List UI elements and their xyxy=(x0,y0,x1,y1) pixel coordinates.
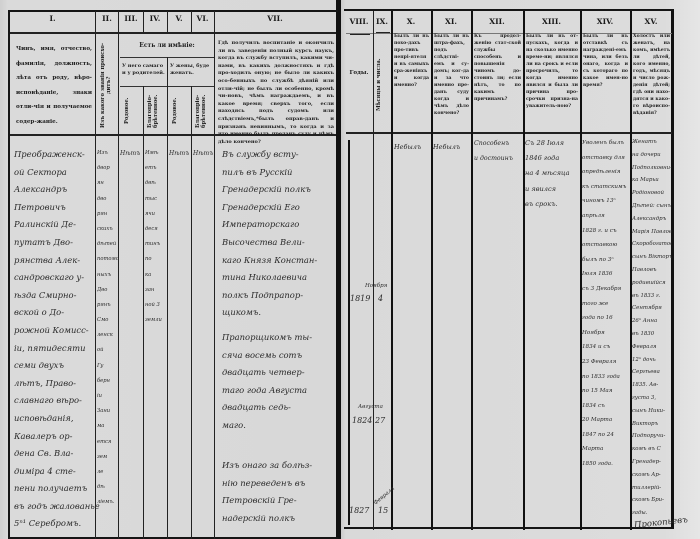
header-col7: Гдѣ получилъ воспитаніе и окончилъ ли въ… xyxy=(216,40,336,146)
header-col3: Родовое. xyxy=(124,92,138,130)
entry-col2-origin: Изъ двор ян дво рян скихъ дѣтей потомств… xyxy=(97,146,118,511)
header-col4: Благопріо-брѣтенное. xyxy=(147,92,163,130)
col-divider-8-9 xyxy=(373,11,374,530)
entry-col7-service-para-2: Прапорщикомъ ты- сяча восемь сотъ двадца… xyxy=(222,329,334,435)
header-col6: Благопріо-брѣтенное. xyxy=(195,92,211,130)
col-numeral-14: XIV. xyxy=(580,17,630,26)
entry-col12-fitness: Способенъ и достоинъ xyxy=(474,136,513,166)
header-bottom-divider-right xyxy=(346,132,672,134)
col-numeral-13: XIII. xyxy=(523,17,580,26)
date-1-year: 1819 xyxy=(350,294,370,303)
col-numeral-4: IV. xyxy=(143,14,167,23)
header-col8: Годы. xyxy=(345,70,373,78)
col-divider-5-6 xyxy=(191,86,192,539)
col-numeral-3: III. xyxy=(119,14,143,23)
entry-col7-service-para-3: Изъ онаго за болѣз- нію переведенъ въ Пе… xyxy=(222,457,334,527)
header-col2: Изъ какого званія происхо-дитъ? xyxy=(100,40,116,130)
header-estate-self: У него самаго и у родителей. xyxy=(120,63,167,77)
date-3-year: 1827 xyxy=(349,506,369,515)
date-2-year: 1824 xyxy=(352,416,372,425)
col-divider-4-5 xyxy=(167,57,168,539)
header-col1: Чинъ, имя, отчество, фамилія, должность,… xyxy=(14,42,94,129)
col-numeral-2: II. xyxy=(96,14,118,23)
col-divider-6-7 xyxy=(214,11,215,539)
numeral-row-divider xyxy=(10,32,336,34)
col-numeral-7: VII. xyxy=(214,14,336,23)
header-col15: Холостъ или женатъ, на комъ, имѣетъ ли д… xyxy=(631,33,672,117)
col-numeral-1: I. xyxy=(10,14,95,23)
header-col9: Мѣсяцы и числа. xyxy=(376,45,389,125)
col-divider-gutter xyxy=(348,140,350,525)
entry-col13-leaves: Съ 28 Іюля 1846 года на 4 мѣсяца и явилс… xyxy=(525,136,580,212)
col-numeral-11: XI. xyxy=(431,17,471,26)
col-divider-3-4 xyxy=(143,86,144,539)
col-numeral-5: V. xyxy=(167,14,191,23)
header-col5: Родовое. xyxy=(172,92,186,130)
col-numeral-12: XII. xyxy=(471,17,523,26)
entry-col15-family: Женатъ на дочери Подполковни- ка Марьи Р… xyxy=(632,136,672,520)
col-numeral-10: X. xyxy=(391,17,431,26)
col-divider-2-3 xyxy=(118,11,119,539)
header-col13: Былъ ли въ от-пускахъ, когда и на скольк… xyxy=(524,33,580,110)
col-numeral-15: XV. xyxy=(630,17,672,26)
entry-col5-ancestral-wife: Нѣтъ xyxy=(169,150,189,157)
header-estate-wife: У жены, буде женатъ. xyxy=(168,63,214,77)
header-col14: Былъ ли въ отставкѣ съ награжденi-емъ чи… xyxy=(581,33,630,89)
entry-col1-name-rank: Преображенск- ой Сектора Александръ Петр… xyxy=(14,146,96,533)
col8-header-rule xyxy=(350,34,370,35)
entry-col14-retirement: Уволенъ былъ отставку для опредѣленія къ… xyxy=(582,136,630,472)
col-divider-4-5-top xyxy=(167,11,168,33)
col-numeral-6: VI. xyxy=(191,14,214,23)
entry-col4-acquired-self: Имѣ етъ двѣ тыс ячи деся тинъ по ка зан … xyxy=(145,146,167,328)
header-estate-group: Есть ли имѣніе: xyxy=(120,42,214,50)
col9-header-rule xyxy=(376,32,390,33)
header-col12: Къ продол-женію стат-ской службы способе… xyxy=(472,33,523,103)
header-col11: Былъ ли въ штра-фахъ, подъ слѣдстві-емъ … xyxy=(432,33,471,117)
entry-col10-campaigns: Небылъ xyxy=(394,143,421,151)
entry-col11-penalties: Небылъ xyxy=(433,143,460,151)
col-divider-5-6-top xyxy=(191,11,192,33)
col-numeral-9: IX. xyxy=(373,17,391,26)
date-3-day: 15 xyxy=(378,506,388,515)
date-1-day: 4 xyxy=(378,294,383,303)
date-2-month: Августа xyxy=(358,404,383,410)
entry-col3-ancestral-self: Нѣтъ xyxy=(120,150,140,157)
entry-col6-acquired-wife: Нѣтъ xyxy=(193,150,213,157)
header-col10: Былъ ли въ похо-дахъ про-тивъ непрі-ятел… xyxy=(392,33,431,89)
date-2-day: 27 xyxy=(375,416,385,425)
col-divider-3-4-top xyxy=(143,11,144,33)
col-numeral-8: VIII. xyxy=(345,17,373,26)
date-1-month: Ноября xyxy=(365,283,387,289)
entry-col7-service-para-1: Въ службу всту- пилъ въ Русскій Гренадер… xyxy=(222,146,334,322)
